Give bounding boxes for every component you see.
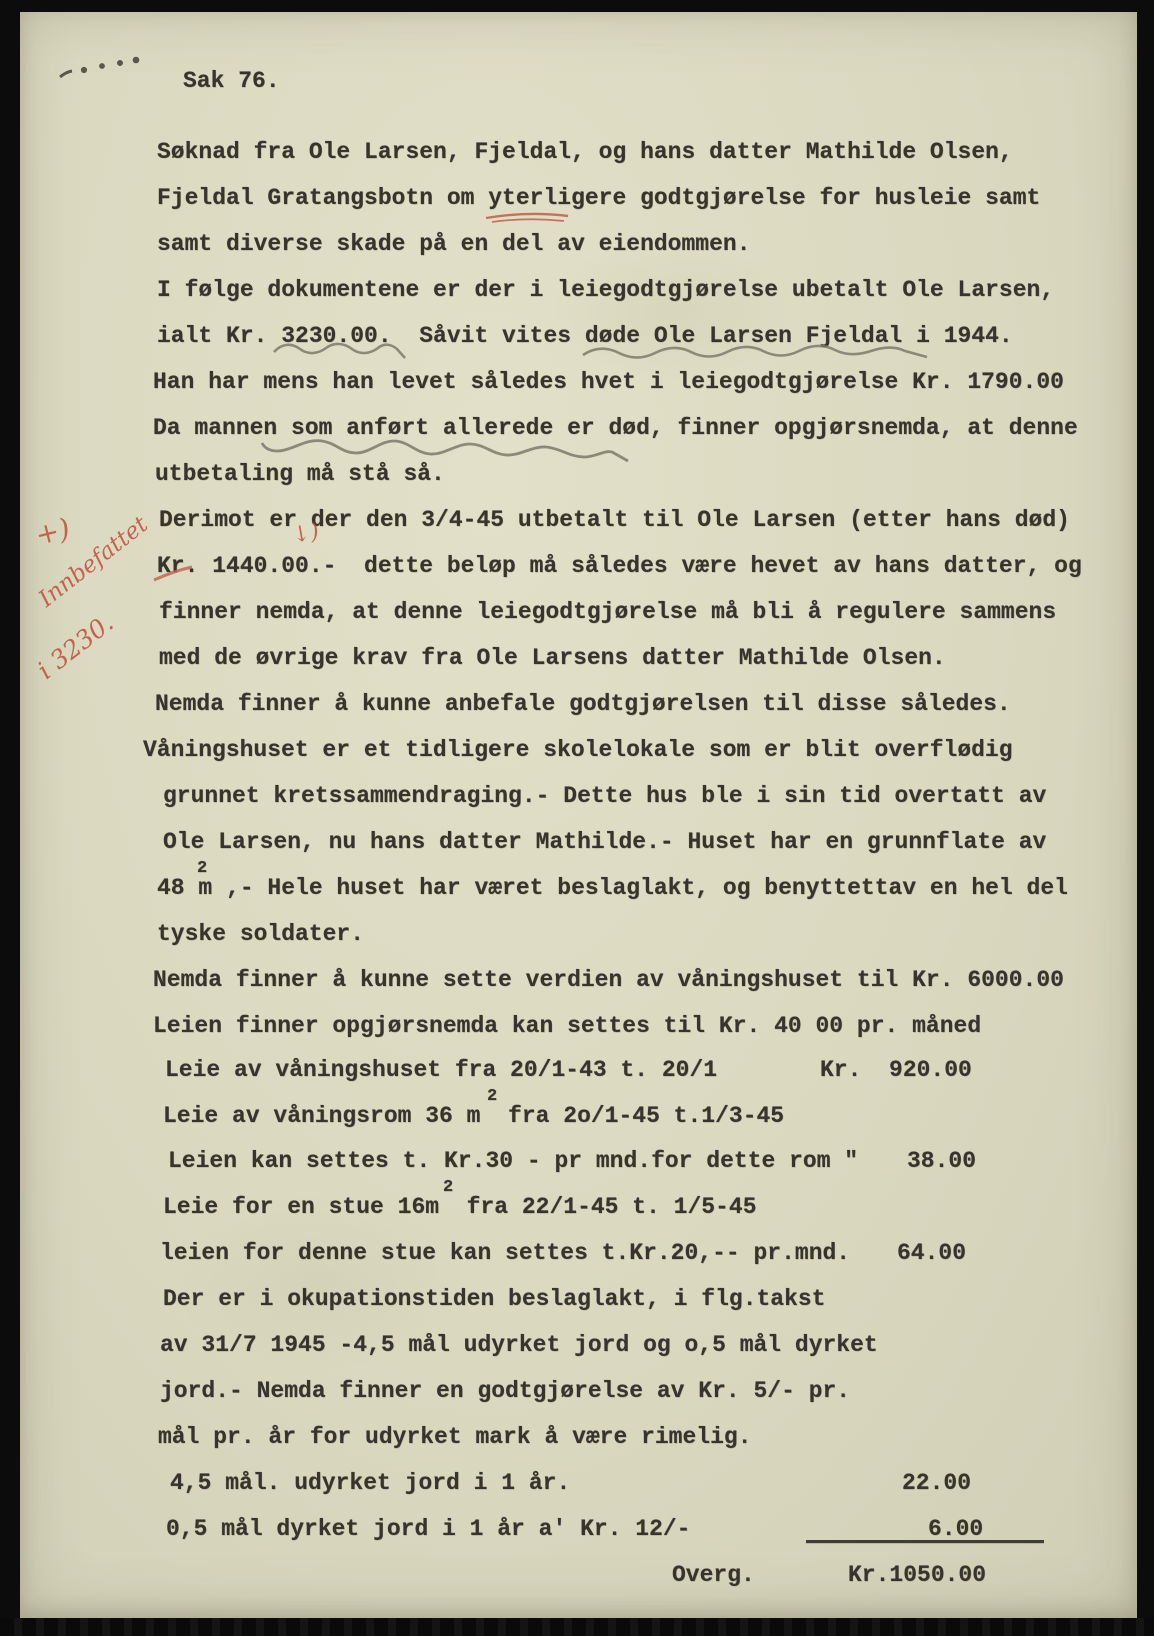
text-line: med de øvrige krav fra Ole Larsens datte…: [159, 645, 946, 671]
amount-38: 38.00: [907, 1148, 976, 1174]
carry-over-total: Kr.1050.00: [848, 1562, 986, 1588]
text-line: Nemda finner å kunne sette verdien av vå…: [153, 967, 1064, 993]
text-line: Våningshuset er et tidligere skolelokale…: [143, 737, 1013, 763]
text-line: ialt Kr. 3230.00. Såvit vites døde Ole L…: [157, 323, 1013, 349]
text-line: 48 m ,- Hele huset har været beslaglakt,…: [157, 875, 1068, 901]
text-line: Leie for en stue 16m fra 22/1-45 t. 1/5-…: [163, 1194, 757, 1220]
text-line: Leien kan settes t. Kr.30 - pr mnd.for d…: [168, 1148, 858, 1174]
text-line: Da mannen som anført allerede er død, fi…: [153, 415, 1078, 441]
text-line: 4,5 mål. udyrket jord i 1 år.: [170, 1470, 570, 1496]
case-number: Sak 76.: [183, 68, 280, 94]
text-line: leien for denne stue kan settes t.Kr.20,…: [160, 1240, 850, 1266]
text-line: finner nemda, at denne leiegodtgjørelse …: [159, 599, 1056, 625]
text-line: tyske soldater.: [157, 921, 364, 947]
text-line: I følge dokumentene er der i leiegodtgjø…: [157, 277, 1054, 303]
text-line: samt diverse skade på en del av eiendomm…: [157, 231, 751, 257]
amount-920: Kr. 920.00: [820, 1057, 972, 1083]
text-line: mål pr. år for udyrket mark å være rimel…: [158, 1424, 752, 1450]
text-line: Leie av våningsrom 36 m fra 2o/1-45 t.1/…: [163, 1103, 784, 1129]
text-line: Ole Larsen, nu hans datter Mathilde.- Hu…: [163, 829, 1046, 855]
text-line: av 31/7 1945 -4,5 mål udyrket jord og o,…: [160, 1332, 878, 1358]
amount-6: 6.00: [928, 1516, 983, 1542]
carry-over-label: Overg.: [672, 1562, 755, 1588]
scan-edge-bottom: [0, 1618, 1154, 1636]
amount-64: 64.00: [897, 1240, 966, 1266]
text-line: Søknad fra Ole Larsen, Fjeldal, og hans …: [157, 139, 1013, 165]
text-line: Der er i okupationstiden beslaglakt, i f…: [163, 1286, 826, 1312]
text-line: Leie av våningshuset fra 20/1-43 t. 20/1: [165, 1057, 717, 1083]
red-inline-arrow-mark: ↓): [290, 519, 321, 548]
text-line: Fjeldal Gratangsbotn om yterligere godtg…: [157, 185, 1040, 211]
text-line: Han har mens han levet således hvet i le…: [153, 369, 1064, 395]
text-line: jord.- Nemda finner en godtgjørelse av K…: [160, 1378, 850, 1404]
text-line: Kr. 1440.00.- dette beløp må således vær…: [157, 553, 1082, 579]
text-line: 0,5 mål dyrket jord i 1 år a' Kr. 12/-: [166, 1516, 691, 1542]
amount-22: 22.00: [902, 1470, 971, 1496]
text-line: Nemda finner å kunne anbefale godtgjørel…: [155, 691, 1011, 717]
text-line: utbetaling må stå så.: [155, 461, 445, 487]
text-line: grunnet kretssammendraging.- Dette hus b…: [163, 783, 1046, 809]
scanned-document: Sak 76.Søknad fra Ole Larsen, Fjeldal, o…: [0, 0, 1154, 1636]
text-line: Leien finner opgjørsnemda kan settes til…: [153, 1013, 981, 1039]
paper-stain: [540, 242, 800, 382]
